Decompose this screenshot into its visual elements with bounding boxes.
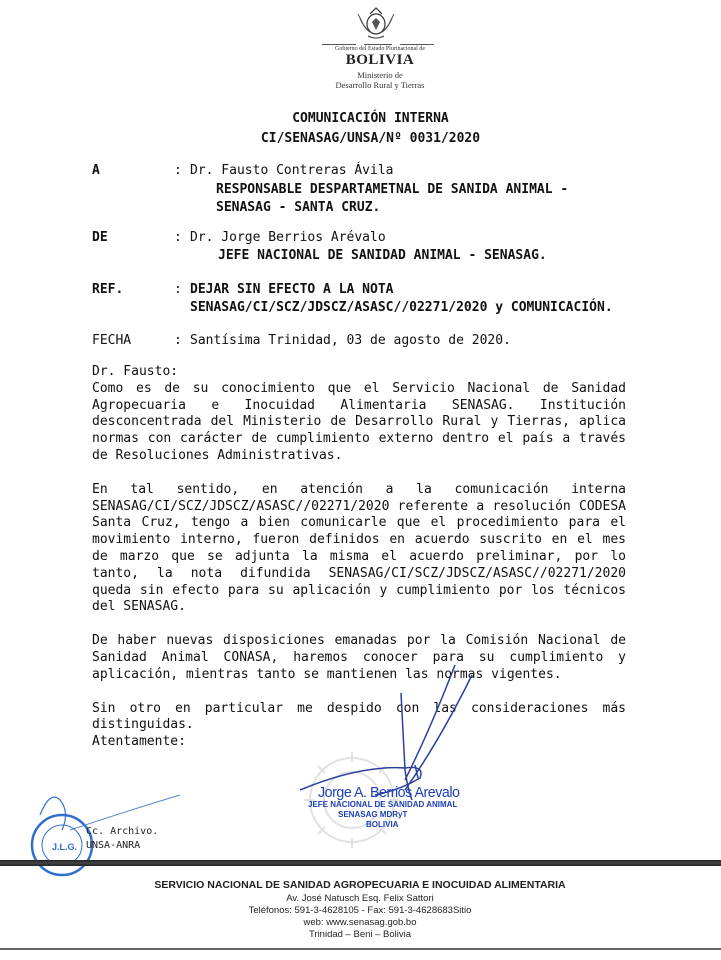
ministry-line-1: Ministerio de: [300, 70, 460, 80]
closing: Atentamente:: [92, 734, 626, 751]
paragraph-3: De haber nuevas disposiciones emanadas p…: [92, 633, 626, 683]
copy-archive: Cc. Archivo.: [86, 826, 158, 837]
salutation: Dr. Fausto:: [92, 364, 626, 381]
paragraph-1: Como es de su conocimiento que el Servic…: [92, 381, 626, 465]
document-title: COMUNICACIÓN INTERNA: [10, 111, 721, 126]
ref-colon: :: [174, 282, 182, 297]
footer-bottom-rule: [0, 948, 721, 950]
copy-unit: UNSA-ANRA: [86, 840, 140, 851]
from-position: JEFE NACIONAL DE SANIDAD ANIMAL - SENASA…: [218, 248, 547, 263]
signatory-country: BOLIVIA: [366, 820, 398, 829]
to-label: A: [92, 163, 100, 178]
footer-top-rule: [0, 860, 721, 866]
from-colon: :: [174, 230, 182, 245]
country-name: BOLIVIA: [300, 52, 460, 69]
ref-label: REF.: [92, 282, 123, 297]
footer-address: Av. José Natusch Esq. Felix Sattori: [100, 893, 620, 904]
ministry-line-2: Desarrollo Rural y Tierras: [300, 80, 460, 90]
footer-phones: Teléfonos: 591-3-4628105 - Fax: 591-3-46…: [100, 905, 620, 916]
to-position-line-1: RESPONSABLE DESPARTAMETNAL DE SANIDA ANI…: [216, 182, 568, 197]
date-colon: :: [174, 333, 182, 348]
signatory-org: SENASAG MDRyT: [338, 810, 407, 819]
from-name: Dr. Jorge Berrios Arévalo: [190, 230, 386, 245]
svg-text:J.L.G.: J.L.G.: [52, 842, 77, 852]
letterhead-rule-left: [322, 44, 356, 45]
ref-line-1: DEJAR SIN EFECTO A LA NOTA: [190, 282, 394, 297]
to-name: Dr. Fausto Contreras Ávila: [190, 163, 394, 178]
paragraph-4: Sin otro en particular me despido con la…: [92, 701, 626, 735]
bolivia-coat-of-arms-icon: [354, 6, 398, 40]
date-label: FECHA: [92, 333, 131, 348]
document-number: CI/SENASAG/UNSA/Nº 0031/2020: [10, 131, 721, 146]
letter-body: Dr. Fausto: Como es de su conocimiento q…: [92, 364, 626, 751]
to-colon: :: [174, 163, 182, 178]
from-label: DE: [92, 230, 108, 245]
to-position-line-2: SENASAG - SANTA CRUZ.: [216, 200, 380, 215]
paragraph-2: En tal sentido, en atención a la comunic…: [92, 482, 626, 616]
signatory-title: JEFE NACIONAL DE SANIDAD ANIMAL: [308, 800, 457, 809]
signatory-name: Jorge A. Berrios Arevalo: [318, 784, 459, 801]
ref-line-2: SENASAG/CI/SCZ/JDSCZ/ASASC//02271/2020 y…: [190, 300, 613, 315]
letterhead-rule-mid: [364, 44, 392, 45]
letterhead-rule-right: [400, 44, 434, 45]
footer-web: web: www.senasag.gob.bo: [100, 917, 620, 928]
date-value: Santísima Trinidad, 03 de agosto de 2020…: [190, 333, 511, 348]
footer-institution: SERVICIO NACIONAL DE SANIDAD AGROPECUARI…: [100, 879, 620, 891]
footer-location: Trinidad – Beni – Bolivia: [100, 929, 620, 940]
